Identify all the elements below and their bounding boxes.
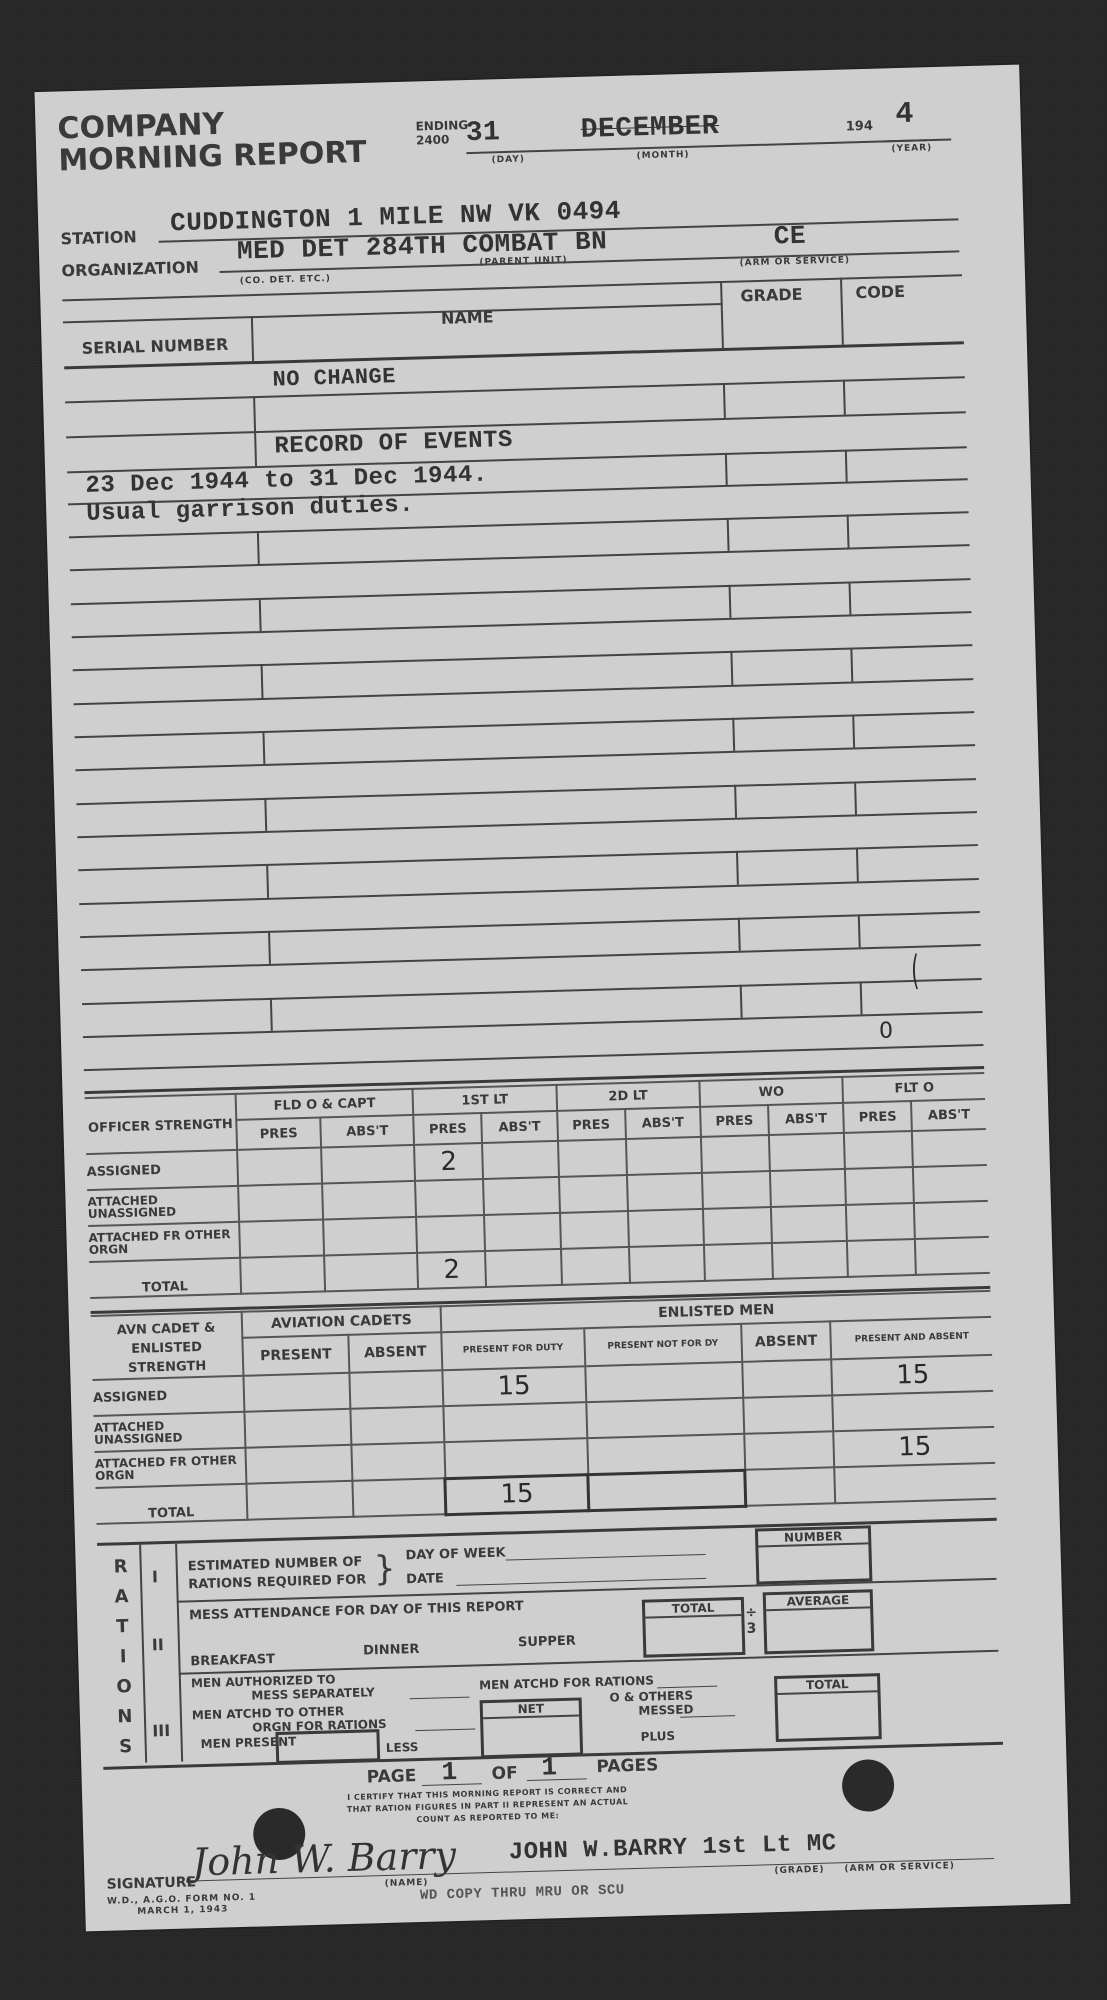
part-1-line: RATIONS REQUIRED FOR: [188, 1571, 367, 1594]
mess-total-box[interactable]: TOTAL: [642, 1597, 746, 1658]
cell[interactable]: [559, 1175, 628, 1213]
cell[interactable]: [444, 1438, 588, 1478]
col-present-for-duty: PRESENT FOR DUTY: [441, 1328, 585, 1370]
roster-divider: [850, 647, 853, 681]
meal-supper: SUPPER: [518, 1634, 576, 1651]
officer-strength-header: OFFICER STRENGTH: [85, 1094, 238, 1154]
average-box[interactable]: AVERAGE: [763, 1589, 875, 1654]
form-title: COMPANY MORNING REPORT: [57, 105, 367, 178]
roster-divider: [253, 396, 256, 431]
cell[interactable]: [844, 1131, 913, 1169]
roster-divider: [738, 918, 741, 951]
roster-line: [71, 578, 971, 605]
roster-line: [65, 376, 965, 403]
row-label-total: TOTAL: [89, 1258, 241, 1298]
cell[interactable]: [847, 1239, 916, 1277]
roster-top-rule: [62, 274, 962, 301]
part-3-numeral: III: [152, 1721, 170, 1740]
part-1-numeral: I: [152, 1567, 158, 1586]
cell[interactable]: 15: [442, 1366, 586, 1406]
rations-letter: N: [110, 1702, 141, 1733]
cell[interactable]: [246, 1481, 353, 1520]
group-1st-lt: 1ST LT: [413, 1085, 557, 1115]
mess-total-label: TOTAL: [645, 1600, 741, 1619]
roster-line: [83, 1011, 983, 1038]
roster-divider: [262, 731, 265, 764]
divide-by-three: ÷ 3: [745, 1605, 758, 1637]
rations-letter: R: [105, 1552, 136, 1583]
group-2d-lt: 2D LT: [556, 1081, 700, 1111]
cell[interactable]: [772, 1241, 848, 1279]
net-box[interactable]: NET: [480, 1697, 584, 1758]
sub-col-pres: PRES: [236, 1118, 321, 1150]
roster-divider: [848, 582, 851, 615]
rations-letter: I: [108, 1642, 139, 1673]
rations-letter: S: [110, 1732, 141, 1763]
meal-dinner: DINNER: [363, 1642, 420, 1659]
sub-col-abst: ABS'T: [320, 1115, 414, 1148]
station-label: STATION: [60, 227, 137, 248]
plus-label: PLUS: [640, 1729, 675, 1744]
row-label: ATTACHED UNASSIGNED: [87, 1186, 239, 1226]
others-messed-field[interactable]: [680, 1715, 735, 1718]
others-messed-label: O & OTHERS MESSED: [609, 1688, 693, 1718]
sub-col-pres: PRES: [557, 1109, 626, 1141]
roster-line: [80, 911, 980, 938]
row-label: ATTACHED UNASSIGNED: [93, 1412, 245, 1452]
roster-line: [82, 978, 982, 1005]
cell[interactable]: [745, 1467, 836, 1505]
average-label: AVERAGE: [766, 1592, 870, 1611]
roster-divider: [740, 985, 743, 1018]
cell[interactable]: [324, 1253, 418, 1292]
roster-line: [84, 1044, 984, 1071]
rations-letter: O: [109, 1672, 140, 1703]
cell[interactable]: [558, 1139, 627, 1177]
row-label: ATTACHED FR OTHER ORGN: [88, 1222, 240, 1262]
day-of-week-label: DAY OF WEEK: [405, 1546, 506, 1564]
cell[interactable]: [244, 1409, 351, 1448]
year-value: 4: [895, 98, 914, 133]
cell[interactable]: [350, 1406, 444, 1445]
wd-copy-note: WD COPY THRU MRU OR SCU: [420, 1882, 625, 1904]
of-label: OF: [491, 1763, 518, 1784]
roster-divider: [732, 718, 735, 751]
cell[interactable]: [912, 1129, 987, 1167]
arm-service-label: (ARM OR SERVICE): [739, 255, 850, 268]
roster-header-rule: [63, 303, 723, 323]
roster-divider-1: [251, 316, 254, 361]
rations-letter: T: [107, 1612, 138, 1643]
page-label: PAGE: [366, 1766, 416, 1787]
roster-divider: [854, 781, 857, 814]
typed-name-grade: JOHN W.BARRY 1st Lt MC: [508, 1830, 836, 1866]
organization-label: ORGANIZATION: [61, 258, 199, 281]
divide-icon: ÷: [745, 1605, 757, 1621]
enlisted-strength-table: AVN CADET & ENLISTED STRENGTH AVIATION C…: [91, 1290, 997, 1526]
cell[interactable]: [769, 1133, 845, 1171]
cell[interactable]: [238, 1184, 323, 1222]
cell[interactable]: 2: [417, 1251, 486, 1289]
cell[interactable]: [586, 1398, 744, 1438]
pages-label: PAGES: [596, 1755, 658, 1777]
cell[interactable]: [845, 1167, 914, 1205]
rations-letter: A: [106, 1582, 137, 1613]
group-flt-o: FLT O: [843, 1073, 985, 1103]
signature-label: SIGNATURE: [106, 1874, 196, 1892]
cell[interactable]: [351, 1442, 445, 1481]
officer-strength-table: OFFICER STRENGTH FLD O & CAPT 1ST LT 2D …: [85, 1072, 990, 1299]
pages-value[interactable]: 1: [541, 1752, 558, 1782]
roster-line: [79, 878, 979, 905]
roster-divider: [858, 914, 861, 947]
day-of-week-line[interactable]: [506, 1554, 706, 1561]
col-cadets-present: PRESENT: [242, 1335, 349, 1376]
cell[interactable]: [626, 1137, 702, 1175]
cell[interactable]: [484, 1213, 560, 1251]
roster-divider: [259, 598, 262, 631]
cell[interactable]: [485, 1249, 561, 1287]
cell[interactable]: [742, 1359, 833, 1397]
cell[interactable]: [323, 1217, 417, 1256]
roster-divider: [856, 847, 859, 881]
month-label: (MONTH): [636, 150, 689, 161]
cell[interactable]: [743, 1395, 834, 1433]
ending-time: 2400: [416, 132, 469, 147]
cell[interactable]: [243, 1373, 350, 1412]
form-number: W.D., A.G.O. FORM NO. 1 MARCH 1, 1943: [107, 1893, 257, 1919]
cell[interactable]: [561, 1247, 630, 1285]
cell[interactable]: [321, 1145, 415, 1184]
roster-divider: [725, 453, 728, 485]
grade-label: (GRADE): [774, 1865, 824, 1876]
cell[interactable]: [913, 1165, 988, 1203]
year-underline: [881, 139, 951, 143]
roster-divider: [843, 380, 846, 415]
cell[interactable]: [627, 1173, 703, 1211]
cell[interactable]: [237, 1148, 322, 1186]
record-of-events-heading: RECORD OF EVENTS: [274, 427, 513, 461]
rations-side-label: R A T I O N S: [105, 1552, 141, 1763]
sub-col-abst: ABS'T: [481, 1111, 557, 1143]
roster-entry-name: NO CHANGE: [272, 364, 396, 392]
roster-divider: [257, 531, 260, 564]
sub-col-pres: PRES: [700, 1105, 769, 1137]
cell[interactable]: [349, 1370, 443, 1409]
unit-sub-label: (CO. DET. ETC.): [240, 274, 331, 287]
number-box[interactable]: NUMBER: [755, 1525, 873, 1584]
rations-divider: [139, 1545, 147, 1763]
cell[interactable]: [703, 1207, 772, 1245]
cell[interactable]: [629, 1245, 705, 1283]
part-2-numeral: II: [152, 1635, 164, 1654]
men-authorized-label: MEN AUTHORIZED TO MESS SEPARATELY: [191, 1671, 375, 1704]
roster-divider: [727, 518, 730, 551]
col-grade: GRADE: [740, 285, 803, 306]
cell[interactable]: [240, 1255, 325, 1293]
cell[interactable]: [702, 1171, 771, 1209]
roster-line: [81, 944, 981, 971]
row-label: ATTACHED FR OTHER ORGN: [94, 1448, 246, 1488]
day-label: (DAY): [491, 154, 525, 165]
cell[interactable]: [846, 1203, 915, 1241]
orgn-rations-field[interactable]: [415, 1728, 475, 1731]
number-box-label: NUMBER: [758, 1528, 868, 1547]
year-label: (YEAR): [891, 143, 932, 154]
roster-divider: [729, 585, 732, 618]
cell[interactable]: [483, 1177, 559, 1215]
less-label: LESS: [386, 1740, 419, 1755]
cell[interactable]: [585, 1362, 743, 1402]
sub-col-abst: ABS'T: [911, 1099, 986, 1131]
cell-boxed[interactable]: [588, 1470, 746, 1510]
cell[interactable]: 15: [832, 1355, 994, 1395]
parent-unit-label: (PARENT UNIT): [479, 255, 567, 267]
roster-divider: [847, 515, 850, 548]
roster-line: [77, 811, 977, 838]
col-serial-number: SERIAL NUMBER: [81, 335, 228, 358]
date-label: DATE: [406, 1571, 444, 1587]
cell[interactable]: [560, 1211, 629, 1249]
punch-hole-right: [841, 1759, 894, 1812]
roster-divider-3: [840, 278, 844, 345]
roster-line: [78, 844, 978, 871]
rations-divider: [175, 1544, 183, 1762]
sub-col-pres: PRES: [414, 1113, 483, 1145]
roster-divider: [264, 798, 267, 831]
sub-col-abst: ABS'T: [768, 1103, 844, 1135]
cell[interactable]: 2: [414, 1143, 483, 1181]
roster-divider: [736, 851, 739, 885]
roster-line: [70, 544, 970, 571]
sub-col-pres: PRES: [843, 1101, 912, 1133]
day-value: 31: [465, 117, 500, 149]
margin-mark: (: [911, 948, 920, 994]
cell[interactable]: [587, 1434, 745, 1474]
cell[interactable]: [628, 1209, 704, 1247]
roster-divider-2: [720, 281, 724, 348]
cell[interactable]: [239, 1219, 324, 1257]
sub-col-abst: ABS'T: [625, 1107, 701, 1139]
cell[interactable]: [915, 1237, 990, 1275]
part-divider: [179, 1650, 999, 1675]
year-prefix: 194: [846, 119, 874, 135]
cell[interactable]: [770, 1169, 846, 1207]
group-wo: WO: [699, 1077, 843, 1107]
margin-mark: 0: [879, 1019, 894, 1044]
roster-divider: [266, 864, 269, 898]
date-line[interactable]: [456, 1578, 706, 1586]
roster-divider: [852, 714, 855, 747]
col-cadets-absent: ABSENT: [348, 1332, 442, 1373]
rations-total-box[interactable]: TOTAL: [774, 1673, 882, 1742]
roster-divider: [730, 651, 733, 685]
ending-label: ENDING 2400: [415, 118, 468, 147]
arm-service-footer-label: (ARM OR SERVICE): [844, 1861, 955, 1874]
roster-line: [73, 644, 973, 671]
roster-line: [66, 411, 966, 438]
roster-line: [74, 678, 974, 705]
cell[interactable]: [416, 1215, 485, 1253]
cell[interactable]: 15: [834, 1427, 996, 1467]
roster-divider: [723, 383, 726, 418]
arm-service-value[interactable]: CE: [773, 221, 806, 252]
cell-boxed[interactable]: 15: [445, 1474, 589, 1514]
roster-divider: [845, 450, 848, 482]
cell[interactable]: [482, 1141, 558, 1179]
row-label-total: TOTAL: [96, 1484, 248, 1524]
cell[interactable]: [701, 1135, 770, 1173]
roster-line: [76, 778, 976, 805]
col-enlisted-absent: ABSENT: [741, 1321, 832, 1361]
cell[interactable]: [744, 1431, 835, 1469]
certification-text: I CERTIFY THAT THIS MORNING REPORT IS CO…: [317, 1783, 658, 1828]
cell[interactable]: [835, 1463, 997, 1503]
cell[interactable]: [245, 1445, 352, 1484]
enlisted-strength-header: AVN CADET & ENLISTED STRENGTH: [91, 1312, 244, 1380]
month-value: DECEMBER: [580, 111, 719, 146]
cell[interactable]: [352, 1478, 446, 1517]
morning-report-form: COMPANY MORNING REPORT ENDING 2400 31 (D…: [35, 65, 1071, 1932]
page-value[interactable]: 1: [441, 1757, 458, 1787]
col-name: NAME: [441, 307, 494, 327]
mess-separately-field[interactable]: [409, 1697, 469, 1700]
mess-attendance-heading: MESS ATTENDANCE FOR DAY OF THIS REPORT: [189, 1599, 524, 1623]
divide-by-value: 3: [745, 1621, 757, 1637]
part-1-text: ESTIMATED NUMBER OF RATIONS REQUIRED FOR: [188, 1553, 367, 1594]
meal-breakfast: BREAKFAST: [190, 1652, 275, 1669]
cell[interactable]: [322, 1181, 416, 1220]
cell[interactable]: [771, 1205, 847, 1243]
cell[interactable]: [704, 1243, 773, 1281]
roster-line: [72, 611, 972, 638]
title-line-2: MORNING REPORT: [58, 137, 367, 178]
rations-total-label: TOTAL: [777, 1676, 877, 1695]
cell[interactable]: [914, 1201, 989, 1239]
row-label: ASSIGNED: [92, 1376, 244, 1416]
col-present-not-for-duty: PRESENT NOT FOR DY: [584, 1324, 742, 1366]
row-label: ASSIGNED: [86, 1150, 238, 1190]
roster-divider: [254, 431, 257, 466]
ending-text: ENDING: [415, 118, 468, 133]
cell[interactable]: [415, 1179, 484, 1217]
col-present-and-absent: PRESENT AND ABSENT: [830, 1317, 992, 1359]
roster-divider: [860, 981, 863, 1014]
roster-divider: [261, 664, 264, 698]
roster-divider: [734, 785, 737, 818]
brace-icon: }: [373, 1549, 396, 1590]
cell[interactable]: [833, 1391, 995, 1431]
roster-divider: [270, 998, 273, 1031]
roster-line: [75, 711, 975, 738]
col-code: CODE: [855, 282, 905, 302]
roster-line: [75, 744, 975, 771]
roster-divider: [268, 931, 271, 964]
net-label: NET: [483, 1701, 579, 1720]
cell[interactable]: [443, 1402, 587, 1442]
